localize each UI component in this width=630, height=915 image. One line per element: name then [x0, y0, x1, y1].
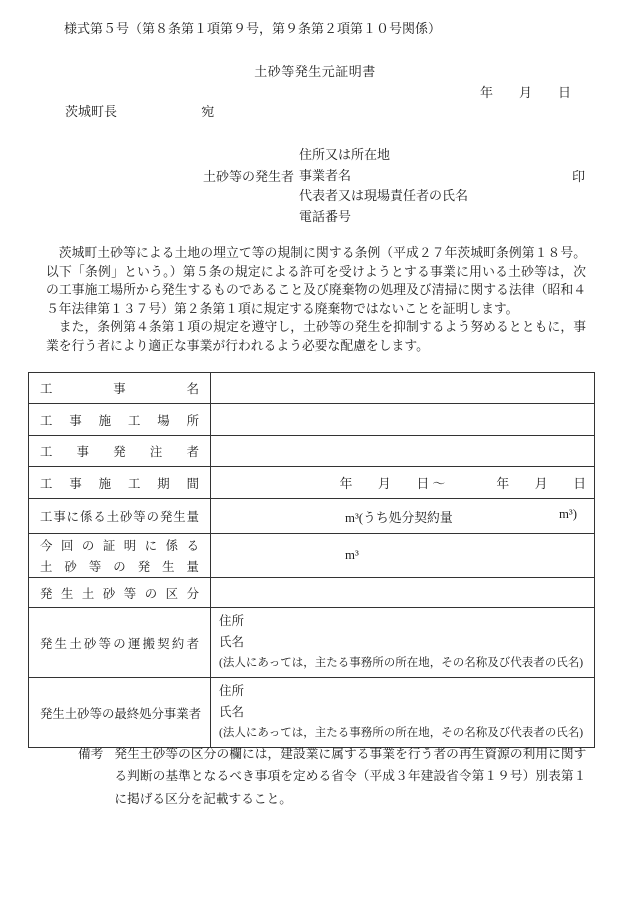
table-row-construction-name: 工事名 — [29, 373, 595, 404]
issuer-field-labels: 住所又は所在地 事業者名 代表者又は現場責任者の氏名 電話番号 — [299, 145, 468, 227]
row-label: 工事施工期間 — [40, 474, 199, 492]
table-row-construction-site: 工事施工場所 — [29, 404, 595, 436]
table-row-construction-orderer: 工事発注者 — [29, 436, 595, 467]
row-label: 工事施工場所 — [40, 411, 199, 429]
row-label: 発生土砂等の区分 — [40, 584, 199, 602]
contractor-address-label: 住所 — [219, 611, 586, 632]
issuer-role-label: 土砂等の発生者 — [203, 166, 294, 185]
form-number: 様式第５号（第８条第１項第９号，第９条第２項第１０号関係） — [64, 18, 441, 37]
addressee-name: 茨城町長 — [65, 104, 117, 119]
row-value — [211, 436, 595, 467]
table-row-construction-period: 工事施工期間 年 月 日 ～ 年 月 日 — [29, 467, 595, 499]
operator-corporation-note: (法人にあっては，主たる事務所の所在地，その名称及び代表者の氏名) — [219, 723, 586, 744]
operator-name-label: 氏名 — [219, 702, 586, 723]
seal-mark: 印 — [572, 166, 585, 185]
row-label: 工事に係る土砂等の発生量 — [40, 507, 199, 525]
body-text: 茨城町土砂等による土地の埋立て等の規制に関する条例（平成２７年茨城町条例第１８号… — [46, 244, 586, 356]
row-label: 発生土砂等の運搬契約者 — [40, 634, 199, 652]
remarks-block: 備考 発生土砂等の区分の欄には，建設業に属する事業を行う者の再生資源の利用に関す… — [78, 743, 586, 810]
remarks-label: 備考 — [78, 743, 103, 810]
row-value-contractor: 住所 氏名 (法人にあっては，主たる事務所の所在地，その名称及び代表者の氏名) — [211, 608, 595, 678]
addressee-line: 茨城町長 宛 — [65, 101, 214, 120]
issuer-phone-label: 電話番号 — [299, 207, 468, 228]
table-row-final-disposal-operator: 発生土砂等の最終処分事業者 住所 氏名 (法人にあっては，主たる事務所の所在地，… — [29, 678, 595, 748]
row-label: 工事名 — [40, 379, 199, 397]
operator-address-label: 住所 — [219, 681, 586, 702]
table-row-certified-soil-volume: 今回の証明に係る 土砂等の発生量 m³ — [29, 534, 595, 578]
body-paragraph-2: また，条例第４条第１項の規定を遵守し，土砂等の発生を抑制するよう努めるとともに，… — [46, 318, 586, 355]
row-label: 発生土砂等の最終処分事業者 — [40, 704, 199, 722]
contractor-name-label: 氏名 — [219, 632, 586, 653]
row-value — [211, 404, 595, 436]
document-page: 様式第５号（第８条第１項第９号，第９条第２項第１０号関係） 土砂等発生元証明書 … — [0, 0, 630, 915]
row-value — [211, 578, 595, 608]
contractor-corporation-note: (法人にあっては，主たる事務所の所在地，その名称及び代表者の氏名) — [219, 653, 586, 674]
row-value — [211, 373, 595, 404]
date-line: 年 月 日 — [480, 82, 571, 101]
form-table: 工事名 工事施工場所 工事発注者 工事施工期間 年 月 日 ～ 年 月 日 工事… — [28, 372, 595, 748]
document-title: 土砂等発生元証明書 — [0, 61, 630, 80]
body-paragraph-1: 茨城町土砂等による土地の埋立て等の規制に関する条例（平成２７年茨城町条例第１８号… — [46, 244, 586, 318]
volume-unit-left: m³(うち処分契約量 — [345, 507, 453, 526]
row-label: 工事発注者 — [40, 442, 199, 460]
remarks-text: 発生土砂等の区分の欄には，建設業に属する事業を行う者の再生資源の利用に関する判断… — [114, 743, 586, 810]
addressee-suffix: 宛 — [201, 104, 214, 119]
table-row-soil-classification: 発生土砂等の区分 — [29, 578, 595, 608]
row-label-line-2: 土砂等の発生量 — [40, 557, 199, 575]
row-value-disposal-operator: 住所 氏名 (法人にあっては，主たる事務所の所在地，その名称及び代表者の氏名) — [211, 678, 595, 748]
row-value-unit: m³ — [211, 534, 595, 578]
volume-unit-right: m³) — [559, 507, 577, 526]
issuer-address-label: 住所又は所在地 — [299, 145, 468, 166]
issuer-block: 土砂等の発生者 住所又は所在地 事業者名 代表者又は現場責任者の氏名 電話番号 … — [0, 145, 630, 231]
issuer-business-name-label: 事業者名 — [299, 166, 468, 187]
table-row-transport-contractor: 発生土砂等の運搬契約者 住所 氏名 (法人にあっては，主たる事務所の所在地，その… — [29, 608, 595, 678]
row-label-line-1: 今回の証明に係る — [40, 536, 199, 554]
table-row-total-soil-volume: 工事に係る土砂等の発生量 m³(うち処分契約量 m³) — [29, 499, 595, 534]
row-value-period: 年 月 日 ～ 年 月 日 — [211, 467, 595, 499]
row-value-volume: m³(うち処分契約量 m³) — [211, 499, 595, 534]
issuer-representative-label: 代表者又は現場責任者の氏名 — [299, 186, 468, 207]
